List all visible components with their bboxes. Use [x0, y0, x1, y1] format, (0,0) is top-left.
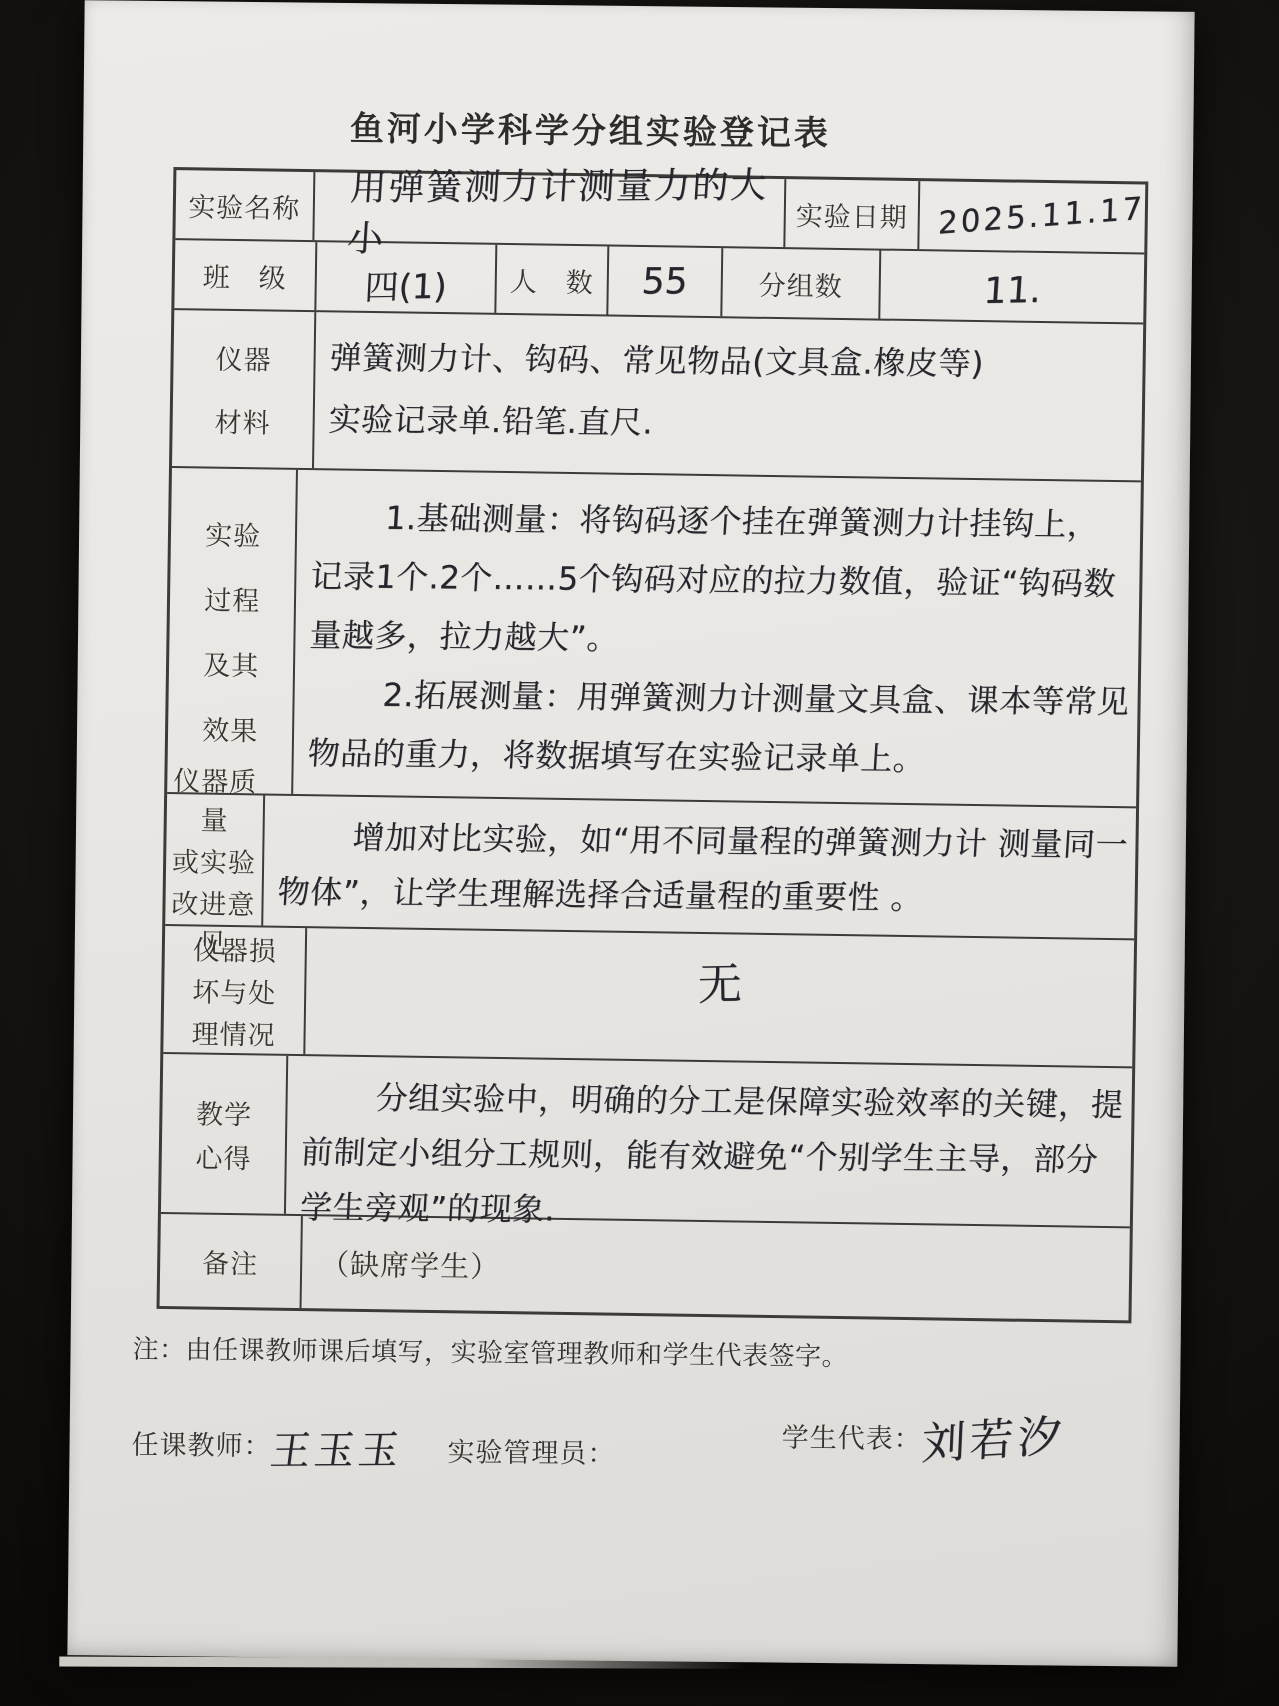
teaching-reflection-cell: 分组实验中，明确的分工是保障实验效率的关键，提 前制定小组分工规则，能有效避免“…: [286, 1056, 1132, 1226]
process-line: 记录1个.2个……5个钩码对应的拉力数值，验证“钩码数: [309, 547, 1133, 614]
label-experiment-date: 实验日期: [786, 179, 920, 249]
stacked-page-edge: [59, 1656, 747, 1668]
reflection-line: 前制定小组分工规则，能有效避免“个别学生主导，部分: [300, 1125, 1125, 1188]
document-title: 鱼河小学科学分组实验登记表: [35, 98, 1145, 159]
registration-table: 实验名称 用弹簧测力计测量力的大小 实验日期 2025.11.17 班 级 四(…: [157, 167, 1149, 1323]
label-experiment-name: 实验名称: [175, 170, 315, 240]
teacher-signature-label: 任课教师：: [131, 1409, 272, 1463]
class-cell: 四(1): [316, 242, 497, 313]
footer-note: 注：由任课教师课后填写，实验室管理教师和学生代表签字。: [132, 1329, 848, 1373]
row-process-effect: 实验 过程 及其 效果 1.基础测量：将钩码逐个挂在弹簧测力计挂钩上， 记录1个…: [167, 468, 1141, 808]
process-line: 1.基础测量：将钩码逐个挂在弹簧测力计挂钩上，: [310, 488, 1134, 555]
group-count-cell: 11.: [880, 251, 1144, 323]
label-line: 仪器损: [193, 928, 278, 968]
improvement-cell: 增加对比实验，如“用不同量程的弹簧测力计 测量同一 物体”，让学生理解选择合适量…: [263, 795, 1136, 938]
process-line: 物品的重力，将数据填写在实验记录单上。: [306, 724, 1130, 791]
student-signature-label: 学生代表：: [782, 1402, 923, 1456]
student-count-value: 55: [640, 261, 689, 302]
damage-value: 无: [696, 948, 742, 1061]
row-teaching-reflection: 教学 心得 分组实验中，明确的分工是保障实验效率的关键，提 前制定小组分工规则，…: [161, 1054, 1132, 1228]
label-line: 坏与处: [192, 970, 277, 1010]
label-line: 实验: [205, 514, 262, 554]
remarks-value: （缺席学生）: [302, 1242, 501, 1286]
student-count-cell: 55: [608, 247, 723, 317]
label-improvement: 仪器质量 或实验 改进意见: [165, 794, 265, 925]
label-group-count: 分组数: [722, 248, 881, 318]
label-equipment-materials: 仪器 材料: [172, 310, 316, 468]
student-signature-block: 学生代表： 刘若汐: [781, 1402, 1066, 1469]
equipment-line: 弹簧测力计、钩码、常见物品(文具盒.橡皮等): [328, 326, 1137, 396]
signature-area: 任课教师： 王玉玉 实验管理员： 学生代表： 刘若汐: [69, 1408, 1180, 1540]
row-remarks: 备注 （缺席学生）: [160, 1214, 1130, 1320]
equipment-materials-cell: 弹簧测力计、钩码、常见物品(文具盒.橡皮等) 实验记录单.铅笔.直尺.: [314, 312, 1143, 480]
label-damage: 仪器损 坏与处 理情况: [163, 926, 307, 1054]
row-damage: 仪器损 坏与处 理情况 无: [163, 926, 1134, 1068]
process-effect-cell: 1.基础测量：将钩码逐个挂在弹簧测力计挂钩上， 记录1个.2个……5个钩码对应的…: [294, 470, 1141, 806]
photo-background: { "title": "鱼河小学科学分组实验登记表", "table": { "…: [0, 0, 1279, 1706]
improvement-line: 增加对比实验，如“用不同量程的弹簧测力计 测量同一: [277, 810, 1130, 873]
label-remarks: 备注: [160, 1214, 303, 1308]
label-line: 过程: [204, 579, 261, 619]
label-line: 理情况: [191, 1012, 276, 1052]
manager-signature-label: 实验管理员：: [447, 1416, 616, 1471]
manager-signature-block: 实验管理员：: [447, 1416, 616, 1471]
label-class: 班 级: [174, 240, 317, 310]
student-signature: 刘若汐: [920, 1399, 1067, 1472]
teacher-signature: 王玉玉: [267, 1410, 408, 1476]
paper-document: 鱼河小学科学分组实验登记表 实验名称 用弹簧测力计测量力的大小 实验日期 202…: [67, 0, 1194, 1667]
label-student-count: 人 数: [496, 245, 609, 315]
damage-cell: 无: [305, 928, 1134, 1066]
label-teaching-reflection: 教学 心得: [161, 1054, 289, 1214]
label-line: 教学: [196, 1092, 253, 1132]
equipment-line: 实验记录单.铅笔.直尺.: [327, 388, 1136, 458]
label-line: 心得: [195, 1136, 252, 1176]
label-process-effect: 实验 过程 及其 效果: [167, 468, 298, 794]
class-value: 四(1): [363, 258, 448, 309]
process-line: 2.拓展测量：用弹簧测力计测量文具盒、课本等常见: [307, 665, 1131, 732]
label-line: 仪器: [215, 338, 272, 378]
label-line: 材料: [214, 401, 271, 441]
row-improvement: 仪器质量 或实验 改进意见 增加对比实验，如“用不同量程的弹簧测力计 测量同一 …: [165, 794, 1136, 940]
label-line: 仪器质量: [167, 759, 264, 838]
reflection-line: 分组实验中，明确的分工是保障实验效率的关键，提: [300, 1070, 1125, 1133]
label-line: 效果: [202, 709, 259, 749]
group-count-value: 11.: [982, 269, 1042, 311]
process-line: 量越多，拉力越大”。: [308, 606, 1132, 673]
improvement-line: 物体”，让学生理解选择合适量程的重要性 。: [276, 865, 1129, 928]
row-equipment-materials: 仪器 材料 弹簧测力计、钩码、常见物品(文具盒.橡皮等) 实验记录单.铅笔.直尺…: [172, 310, 1143, 482]
teacher-signature-block: 任课教师： 王玉玉: [131, 1409, 404, 1477]
label-line: 及其: [203, 644, 260, 684]
experiment-date-cell: 2025.11.17: [919, 181, 1145, 252]
experiment-name-cell: 用弹簧测力计测量力的大小: [314, 172, 786, 247]
remarks-cell: （缺席学生）: [302, 1216, 1130, 1320]
experiment-date-value: 2025.11.17: [919, 191, 1145, 243]
label-line: 或实验: [172, 840, 257, 880]
